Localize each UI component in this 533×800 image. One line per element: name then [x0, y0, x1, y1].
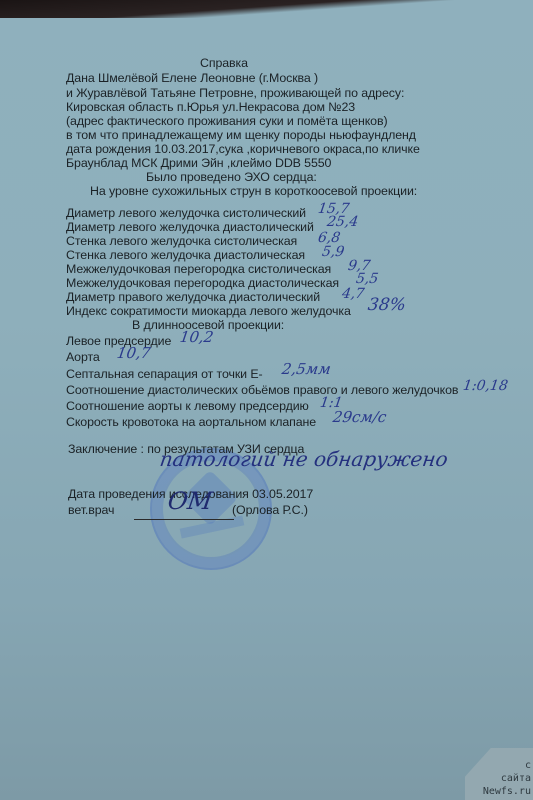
measurement-label: Соотношение диастолических обьёмов право…: [66, 383, 458, 397]
echo-heading: Было проведено ЭХО сердца:: [146, 170, 317, 184]
signature-line: [134, 519, 234, 520]
measurement-label: Диаметр правого желудочка диастолический: [66, 290, 320, 304]
measurement-value: 1:0,18: [462, 379, 509, 393]
measurement-label: Стенка левого желудочка систолическая: [66, 234, 297, 248]
watermark-line: сайта: [501, 773, 531, 785]
watermark-line: с: [525, 760, 531, 772]
measurement-label: Диаметр левого желудочка систолический: [66, 206, 306, 220]
measurement-value: 10,7: [116, 346, 151, 360]
header-line: (адрес фактического проживания суки и по…: [66, 114, 387, 128]
measurement-value: 25,4: [326, 215, 359, 229]
measurement-label: Скорость кровотока на аортальном клапане: [66, 415, 316, 429]
vet-label: вет.врач: [68, 503, 114, 517]
measurement-label: Стенка левого желудочка диастолическая: [66, 248, 305, 262]
vet-name: (Орлова Р.С.): [232, 503, 308, 517]
watermark-line: Newfs.ru: [483, 786, 531, 798]
measurement-value: 10,2: [179, 330, 214, 344]
document-title: Справка: [200, 56, 248, 70]
measurement-label: Межжелудочковая перегородка систолическа…: [66, 262, 331, 276]
header-line: и Журавлёвой Татьяне Петровне, проживающ…: [66, 86, 404, 100]
measurement-label: Межжелудочковая перегородка диастолическ…: [66, 276, 339, 290]
measurement-value: 29см/с: [332, 410, 387, 424]
measurement-value: 4,7: [341, 287, 365, 301]
vet-signature: ОМ: [167, 494, 213, 508]
header-line: дата рождения 10.03.2017,сука ,коричнево…: [66, 142, 420, 156]
certificate-document: Справка Дана Шмелёвой Елене Леоновне (г.…: [0, 0, 533, 800]
header-line: в том что принадлежащему им щенку породы…: [66, 128, 416, 142]
short-axis-heading: На уровне сухожильных струн в короткоосе…: [90, 184, 417, 198]
measurement-value: 38%: [367, 298, 407, 312]
measurement-label: Соотношение аорты к левому предсердию: [66, 399, 309, 413]
measurement-label: Аорта: [66, 350, 100, 364]
measurement-value: 6,8: [317, 231, 341, 245]
measurement-label: Индекс сократимости миокарда левого желу…: [66, 304, 351, 318]
measurement-value: 5,9: [321, 245, 345, 259]
measurement-label: Диаметр левого желудочка диастолический: [66, 220, 314, 234]
conclusion-handwritten: патологий не обнаружено: [159, 452, 449, 466]
measurement-value: 2,5мм: [281, 362, 332, 376]
header-line: Кировская область п.Юрья ул.Некрасова до…: [66, 100, 355, 114]
header-line: Браунблад МСК Дрими Эйн ,клеймо DDB 5550: [66, 156, 331, 170]
measurement-value: 5,5: [355, 272, 379, 286]
measurement-label: Септальная сепарация от точки Е-: [66, 367, 263, 381]
header-line: Дана Шмелёвой Елене Леоновне (г.Москва ): [66, 71, 318, 85]
